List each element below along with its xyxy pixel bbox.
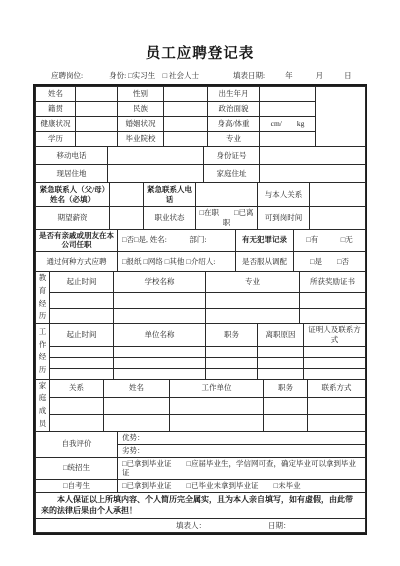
signature-row: 填表人： 日期： [36,519,366,533]
form-table: 姓名 性别 出生年月 籍贯 民族 政治面貌 健康状况 婚姻状况 [33,84,367,535]
politics-label: 政治面貌 [208,102,260,117]
education-side-label: 教育经历 [36,272,50,324]
education-row-cell[interactable] [206,308,300,323]
work-row-cell[interactable] [258,368,304,379]
birth-value-cell[interactable] [260,87,316,102]
filler-label[interactable]: 填表人： [176,521,206,531]
height-weight-value-cell[interactable]: cm/ kg [260,117,316,132]
work-row-cell[interactable] [258,357,304,368]
work-row-cell[interactable] [304,368,366,379]
work-row-cell[interactable] [206,357,258,368]
home-address-label: 家庭住址 [204,165,260,183]
available-date-label: 可到岗时间 [258,207,310,230]
crime-record-options[interactable]: □有 □无 [294,229,366,252]
work-reference-header: 证明人及联系方式 [304,324,366,347]
family-contact-header: 联系方式 [308,379,366,397]
name-value-cell[interactable] [76,87,118,102]
marriage-value-cell[interactable] [164,117,208,132]
health-value-cell[interactable] [76,117,118,132]
gender-label: 性别 [118,87,164,102]
work-row-cell[interactable] [114,368,206,379]
education-row-cell[interactable] [300,293,366,308]
relatives-label: 是否有亲戚或朋友在本公司任职 [36,229,118,252]
work-row-cell[interactable] [304,357,366,368]
politics-value-cell[interactable] [260,102,316,117]
self-study-options[interactable]: □已拿到毕业证 □已毕业未拿到毕业证 □未毕业 [118,480,366,493]
relation-label: 与本人关系 [258,183,310,207]
work-side-label: 工作经历 [36,324,50,380]
apply-way-label: 通过何种方式应聘 [36,252,118,272]
self-study-checkbox[interactable]: □自考生 [36,480,118,493]
employment-status-label: 职业状态 [144,207,196,230]
family-side-label: 家庭成员 [36,379,50,431]
family-table: 家庭成员 关系 姓名 工作单位 职务 联系方式 [35,379,366,432]
current-address-value-cell[interactable] [108,165,204,183]
regular-student-options[interactable]: □已拿到毕业证 □应届毕业生，学信网可查，确定毕业可以拿到毕业证 [118,457,366,480]
self-evaluation-table: 自我评价 优势： 劣势： [35,431,366,458]
emergency-phone-value-cell[interactable] [196,183,258,207]
education-period-header: 起止时间 [50,272,114,293]
emergency-name-value-cell[interactable] [110,183,144,207]
apply-way-options[interactable]: □报纸 □网络 □其他 □介绍人: [118,252,236,272]
major-label: 专业 [208,132,260,147]
marriage-label: 婚姻状况 [118,117,164,132]
work-company-header: 单位名称 [114,324,206,347]
emergency-salary-table: 紧急联系人（父/母）姓名（必填） 紧急联系人电话 与本人关系 期望薪资 职业状态… [35,182,366,230]
form-title: 员工应聘登记表 [0,42,400,63]
relatives-options[interactable]: □否□是, 姓名: 部门: [118,229,236,252]
expected-salary-label: 期望薪资 [36,207,110,230]
weakness-cell[interactable]: 劣势： [118,444,366,457]
education-major-header: 专业 [206,272,300,293]
mobile-value-cell[interactable] [108,147,204,165]
obey-assignment-options[interactable]: □是 □否 [294,252,366,272]
graduate-school-label: 毕业院校 [118,132,164,147]
strength-cell[interactable]: 优势： [118,431,366,444]
id-number-value-cell[interactable] [260,147,366,165]
declaration-text-cell: 本人保证以上所填内容、个人简历完全属实，且为本人亲自填写，如有虚假，由此带来的法… [36,492,366,519]
crime-record-label: 有无犯罪记录 [236,229,294,252]
graduate-school-value-cell[interactable] [164,132,208,147]
education-row-cell[interactable] [300,308,366,323]
work-row-cell[interactable] [50,368,114,379]
health-label: 健康状况 [36,117,76,132]
regular-student-checkbox[interactable]: □统招生 [36,457,118,480]
origin-value-cell[interactable] [76,102,118,117]
work-table: 工作经历 起止时间 单位名称 职务 离职原因 证明人及联系方式 [35,323,366,380]
education-row-cell[interactable] [50,293,114,308]
id-number-label: 身份证号 [204,147,260,165]
mobile-label: 移动电话 [36,147,108,165]
work-row-cell[interactable] [206,368,258,379]
expected-salary-value-cell[interactable] [110,207,144,230]
work-period-header: 起止时间 [50,324,114,347]
basic-info-table: 姓名 性别 出生年月 籍贯 民族 政治面貌 健康状况 婚姻状况 [35,86,366,147]
family-row-cell[interactable] [50,397,104,414]
education-table: 教育经历 起止时间 学校名称 专业 所获奖励证书 [35,271,366,324]
year-label: 年 [285,70,293,81]
degree-label: 学历 [36,132,76,147]
ethnic-label: 民族 [118,102,164,117]
family-row-cell[interactable] [308,414,366,431]
form-meta-line: 应聘岗位: 身份: □实习生 □ 社会人士 填表日期: 年 月 日 [33,70,367,81]
family-row-cell[interactable] [264,414,308,431]
family-row-cell[interactable] [104,414,170,431]
obey-assignment-label: 是否服从调配 [236,252,294,272]
application-form-page: 员工应聘登记表 应聘岗位: 身份: □实习生 □ 社会人士 填表日期: 年 月 … [0,0,400,566]
fill-date-label: 填表日期: [233,70,265,81]
declaration-table: 本人保证以上所填内容、个人简历完全属实，且为本人亲自填写，如有虚假，由此带来的法… [35,492,366,534]
emergency-name-label: 紧急联系人（父/母）姓名（必填） [36,183,110,207]
work-row-cell[interactable] [50,357,114,368]
family-row-cell[interactable] [170,414,264,431]
home-address-value-cell[interactable] [260,165,366,183]
work-row-cell[interactable] [258,346,304,357]
relatives-channel-table: 是否有亲戚或朋友在本公司任职 □否□是, 姓名: 部门: 有无犯罪记录 □有 □… [35,229,366,273]
family-name-header: 姓名 [104,379,170,397]
education-school-header: 学校名称 [114,272,206,293]
contact-table: 移动电话 身份证号 现居住地 家庭住址 [35,146,366,183]
education-row-cell[interactable] [206,293,300,308]
height-weight-label: 身高/体重 [208,117,260,132]
self-evaluation-label: 自我评价 [36,431,118,457]
family-position-header: 职务 [264,379,308,397]
family-row-cell[interactable] [104,397,170,414]
photo-cell[interactable] [316,87,366,147]
birth-label: 出生年月 [208,87,260,102]
origin-label: 籍贯 [36,102,76,117]
name-label: 姓名 [36,87,76,102]
declaration-text: 本人保证以上所填内容、个人简历完全属实，且为本人亲自填写，如有虚假，由此带来的法… [41,495,360,517]
education-row-cell[interactable] [50,308,114,323]
work-position-header: 职务 [206,324,258,347]
family-row-cell[interactable] [50,414,104,431]
family-workplace-header: 工作单位 [170,379,264,397]
position-label: 应聘岗位: [51,70,83,81]
education-row-cell[interactable] [114,293,206,308]
family-row-cell[interactable] [264,397,308,414]
graduate-type-table: □统招生 □已拿到毕业证 □应届毕业生，学信网可查，确定毕业可以拿到毕业证 □自… [35,457,366,493]
family-relation-header: 关系 [50,379,104,397]
work-row-cell[interactable] [114,346,206,357]
month-label: 月 [316,70,324,81]
day-label: 日 [344,70,352,81]
family-row-cell[interactable] [170,397,264,414]
employment-status-options[interactable]: □在职 □已离职 [196,207,258,230]
work-row-cell[interactable] [304,346,366,357]
identity-checkbox-group[interactable]: 身份: □实习生 □ 社会人士 [109,70,199,81]
education-award-header: 所获奖励证书 [300,272,366,293]
major-value-cell[interactable] [260,132,316,147]
gender-value-cell[interactable] [164,87,208,102]
work-row-cell[interactable] [50,346,114,357]
sign-date-label[interactable]: 日期： [268,521,291,531]
degree-value-cell[interactable] [76,132,118,147]
emergency-phone-label: 紧急联系人电话 [144,183,196,207]
available-date-value-cell[interactable] [310,207,366,230]
ethnic-value-cell[interactable] [164,102,208,117]
education-row-cell[interactable] [114,308,206,323]
work-row-cell[interactable] [114,357,206,368]
work-row-cell[interactable] [206,346,258,357]
work-leave-reason-header: 离职原因 [258,324,304,347]
relation-value-cell[interactable] [310,183,366,207]
current-address-label: 现居住地 [36,165,108,183]
family-row-cell[interactable] [308,397,366,414]
